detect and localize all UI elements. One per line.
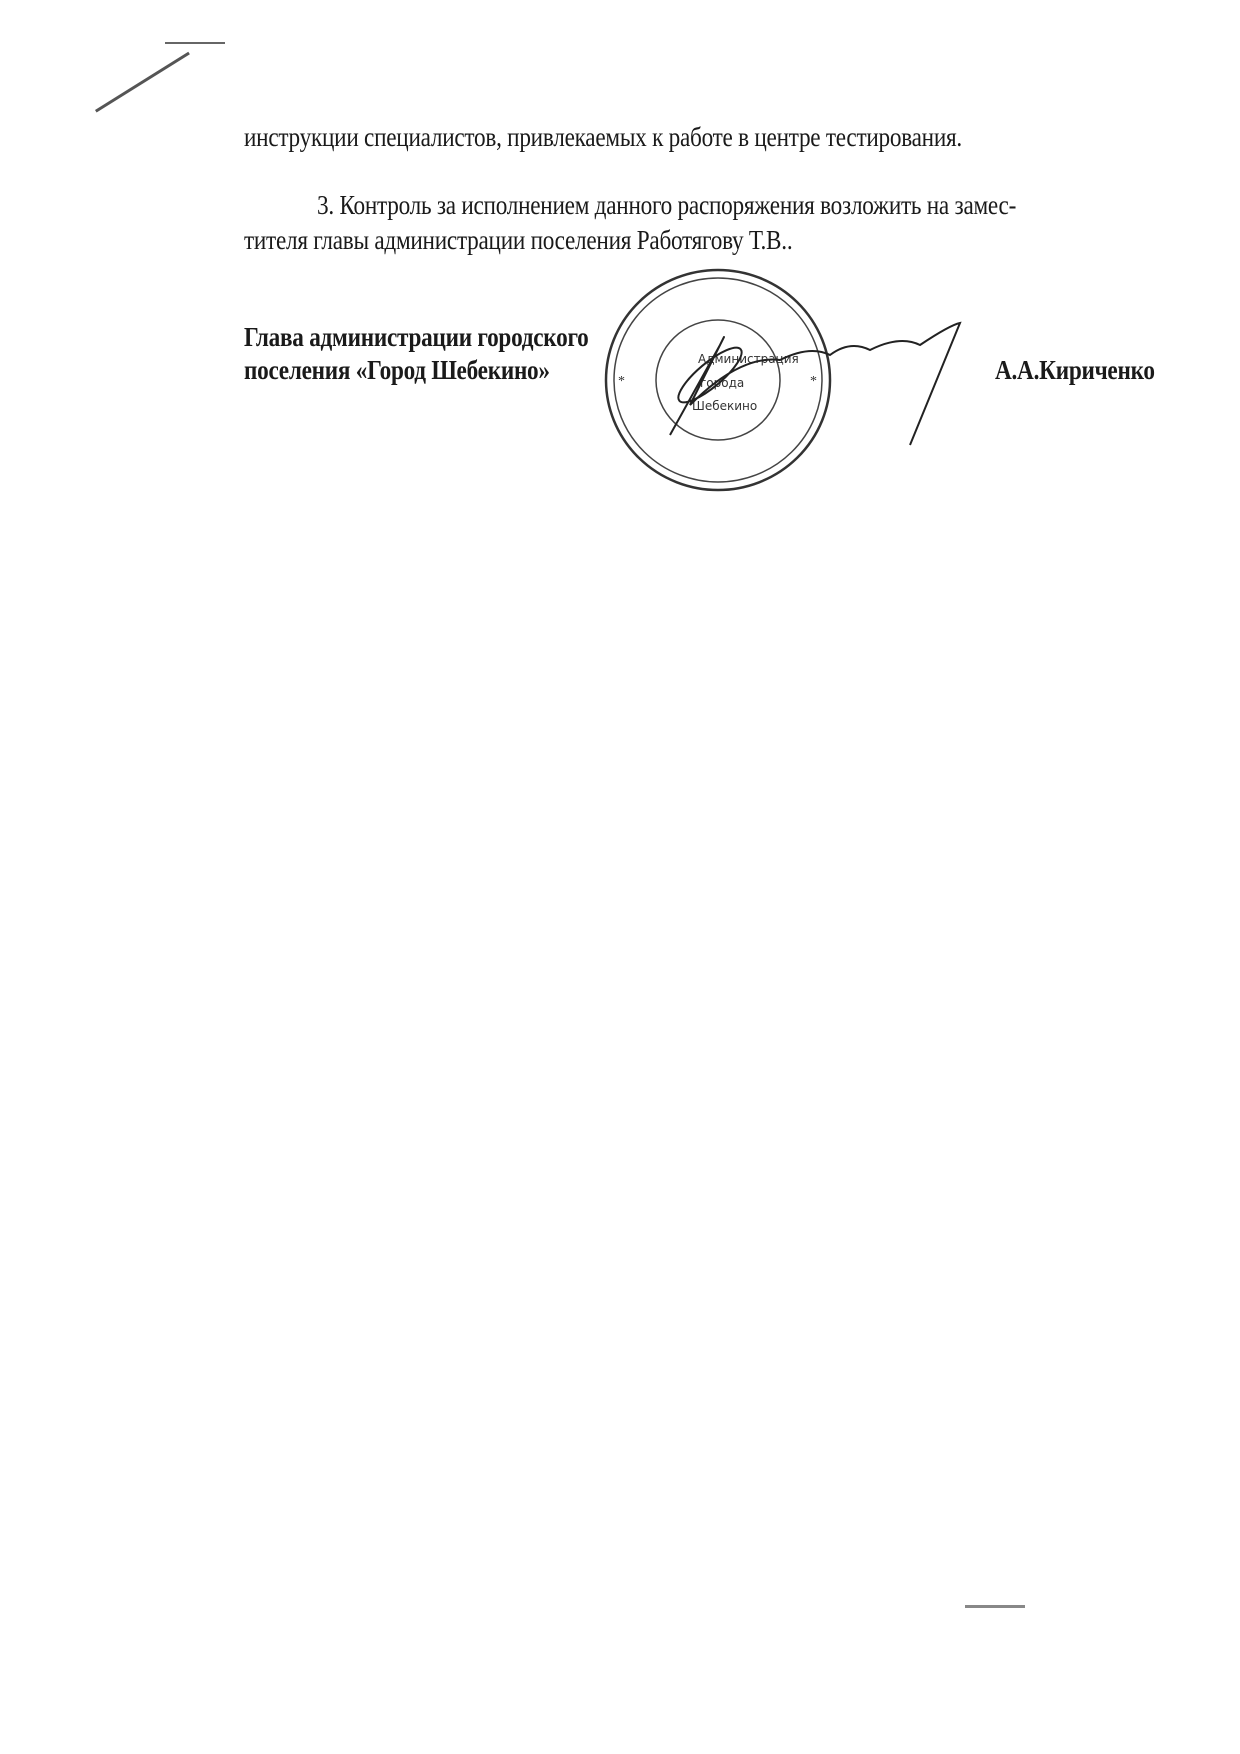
- paragraph-3-line-2: тителя главы администрации поселения Раб…: [244, 225, 792, 256]
- signature-position-line-1: Глава администрации городского: [244, 322, 589, 353]
- signature-scribble: [660, 315, 980, 455]
- scan-corner-mark: [95, 52, 190, 113]
- paragraph-3-line-1: 3. Контроль за исполнением данного распо…: [317, 190, 1016, 221]
- paragraph-1-tail: инструкции специалистов, привлекаемых к …: [244, 122, 962, 153]
- signature-position-line-2: поселения «Город Шебекино»: [244, 355, 550, 386]
- svg-text:*: *: [618, 374, 625, 389]
- scan-top-line: [165, 42, 225, 44]
- scan-mark-bottom-right: [965, 1605, 1025, 1608]
- signature-name: А.А.Кириченко: [995, 355, 1155, 386]
